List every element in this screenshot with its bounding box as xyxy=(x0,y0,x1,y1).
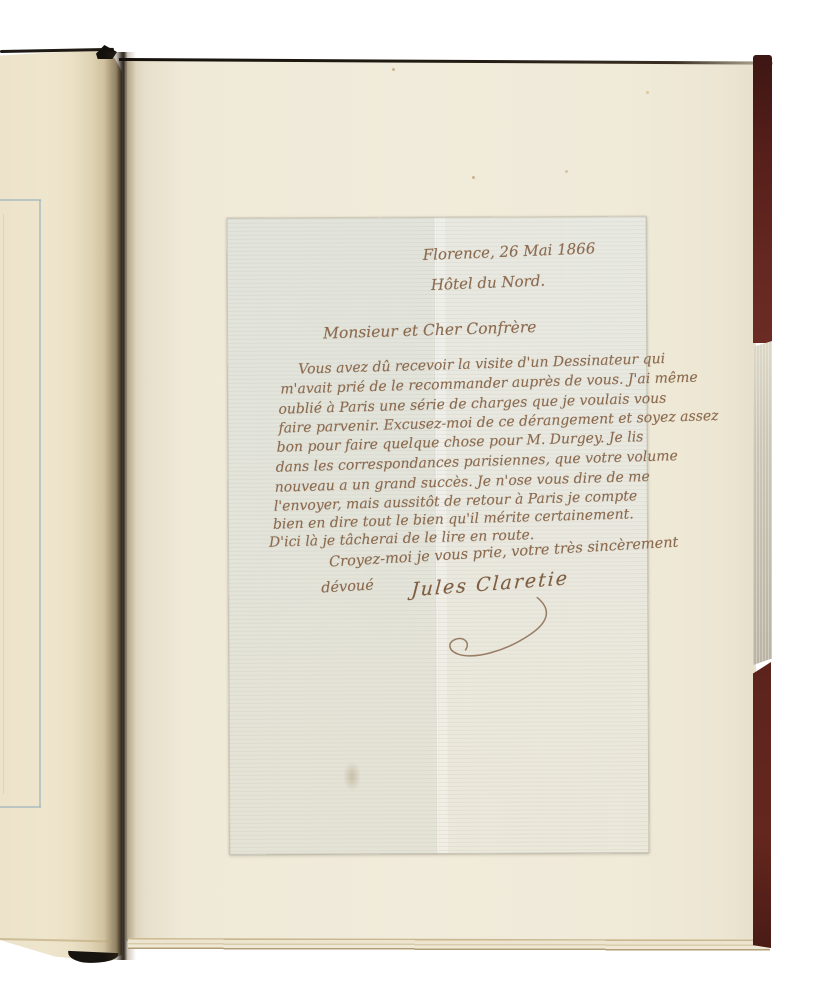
signature-flourish-icon xyxy=(439,591,569,667)
foxing-speck xyxy=(392,68,395,71)
blue-frame-top-line xyxy=(0,199,41,201)
letter-dateline: Florence, 26 Mai 1866 xyxy=(422,239,595,264)
maroon-board-edge-bottom xyxy=(753,662,771,948)
photo-open-album: Florence, 26 Mai 1866 Hôtel du Nord. Mon… xyxy=(0,0,840,1001)
foxing-speck xyxy=(646,91,649,94)
foxing-speck xyxy=(565,170,568,173)
letter-address: Hôtel du Nord. xyxy=(431,272,546,294)
letter-stain xyxy=(343,761,361,791)
page-block-bottom-edge xyxy=(128,938,770,952)
letter-closing-word: dévoué xyxy=(321,578,375,597)
blue-frame-outer-line xyxy=(3,214,4,794)
blue-frame-vertical-line xyxy=(39,200,41,807)
mounted-letter: Florence, 26 Mai 1866 Hôtel du Nord. Mon… xyxy=(227,216,650,855)
letter-salutation: Monsieur et Cher Confrère xyxy=(323,318,537,343)
page-block-fore-edge xyxy=(753,341,772,665)
gutter-shadow xyxy=(104,52,136,960)
blue-frame-bottom-line xyxy=(0,806,41,808)
maroon-board-edge-top xyxy=(753,55,772,343)
foxing-speck xyxy=(472,176,475,179)
